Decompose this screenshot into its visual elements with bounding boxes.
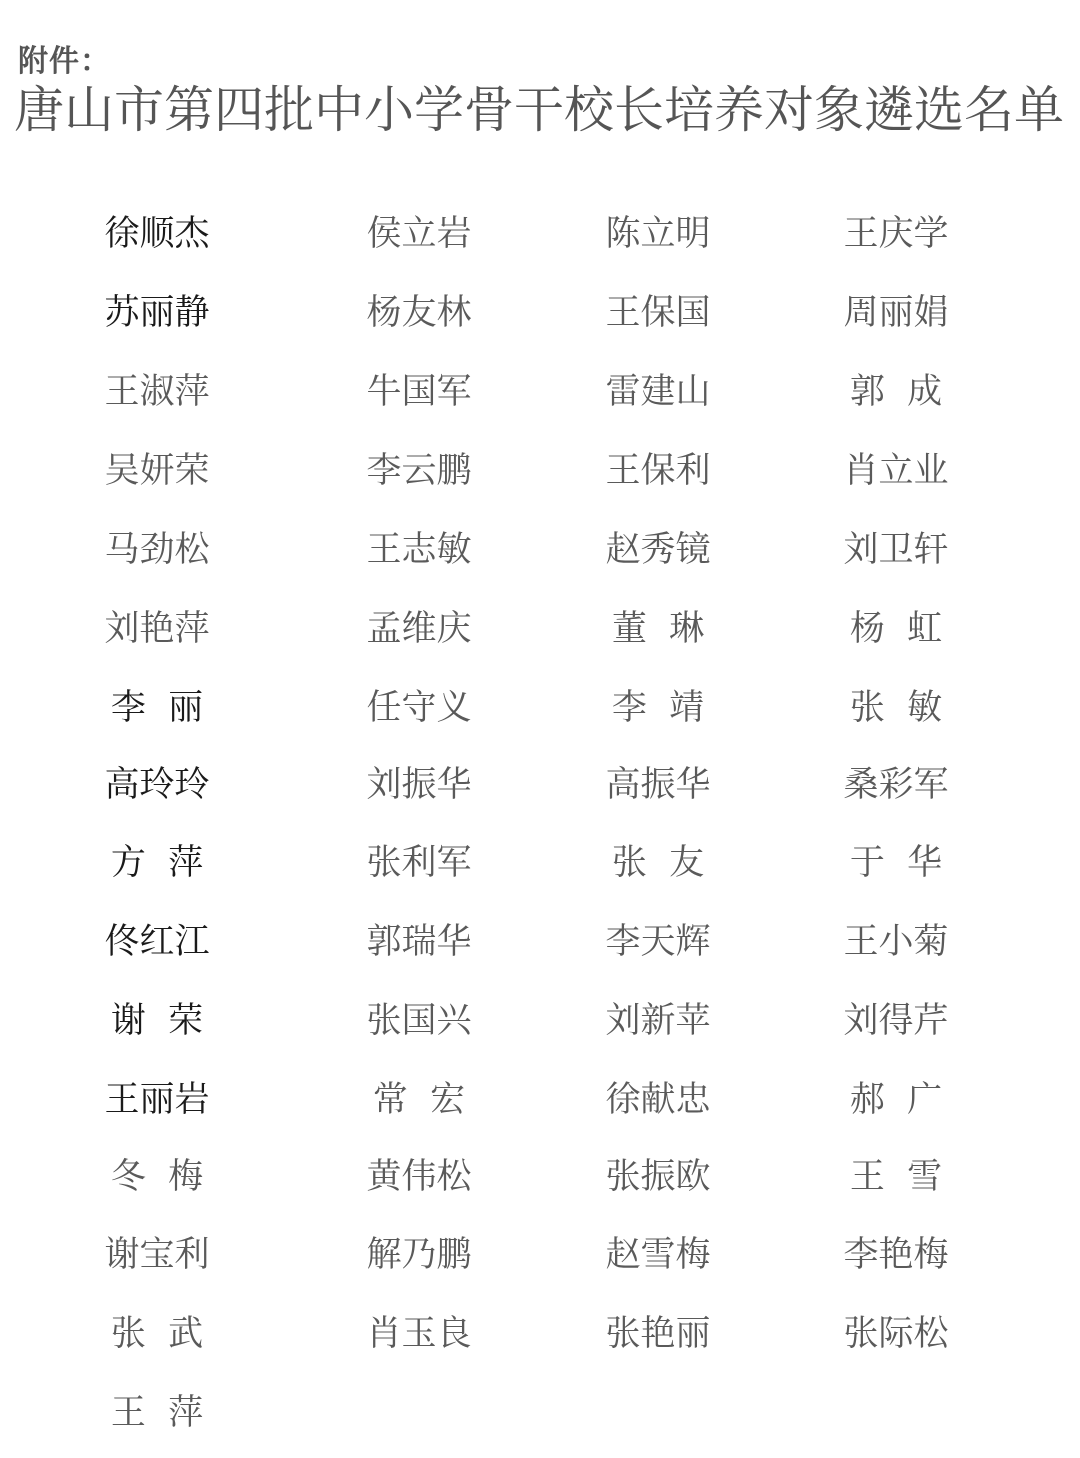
name-entry: 杨 虹 [816,604,976,654]
name-entry: 张 武 [77,1309,237,1359]
name-entry: 苏丽静 [77,288,237,338]
name-entry: 李 靖 [578,683,738,733]
name-entry: 任守义 [339,683,499,733]
name-entry: 李天辉 [578,917,738,967]
name-entry: 佟红江 [77,917,237,967]
name-entry: 于 华 [816,838,976,888]
name-entry: 王 萍 [77,1388,237,1438]
name-entry: 李艳梅 [816,1230,976,1280]
name-entry: 刘得芹 [816,996,976,1046]
name-entry: 肖玉良 [339,1309,499,1359]
name-entry: 王淑萍 [77,367,237,417]
name-entry: 王保国 [578,288,738,338]
name-entry: 谢 荣 [77,996,237,1046]
name-entry: 陈立明 [578,209,738,259]
name-entry: 张 友 [578,838,738,888]
name-entry: 张艳丽 [578,1309,738,1359]
name-entry: 肖立业 [816,446,976,496]
name-entry: 赵雪梅 [578,1230,738,1280]
name-entry: 赵秀镜 [578,525,738,575]
name-entry: 周丽娟 [816,288,976,338]
name-entry: 郝 广 [816,1075,976,1125]
name-entry: 李云鹏 [339,446,499,496]
name-entry: 王小菊 [816,917,976,967]
name-entry: 王保利 [578,446,738,496]
name-entry: 高振华 [578,760,738,810]
name-entry: 郭瑞华 [339,917,499,967]
name-entry: 刘振华 [339,760,499,810]
name-entry: 刘新苹 [578,996,738,1046]
name-entry: 张国兴 [339,996,499,1046]
name-entry: 雷建山 [578,367,738,417]
name-entry: 王丽岩 [77,1075,237,1125]
name-entry: 谢宝利 [77,1230,237,1280]
name-entry: 徐献忠 [578,1075,738,1125]
name-entry: 桑彩军 [816,760,976,810]
name-entry: 吴妍荣 [77,446,237,496]
name-entry: 刘卫轩 [816,525,976,575]
name-entry: 王志敏 [339,525,499,575]
name-entry: 郭 成 [816,367,976,417]
name-entry: 方 萍 [77,838,237,888]
name-entry: 张 敏 [816,683,976,733]
name-entry: 冬 梅 [77,1152,237,1202]
name-entry: 刘艳萍 [77,604,237,654]
name-entry: 张振欧 [578,1152,738,1202]
name-entry: 黄伟松 [339,1152,499,1202]
name-entry: 董 琳 [578,604,738,654]
name-entry: 侯立岩 [339,209,499,259]
name-entry: 孟维庆 [339,604,499,654]
name-entry: 王庆学 [816,209,976,259]
name-entry: 杨友林 [339,288,499,338]
name-entry: 常 宏 [339,1075,499,1125]
name-entry: 牛国军 [339,367,499,417]
name-entry: 张际松 [816,1309,976,1359]
name-entry: 王 雪 [816,1152,976,1202]
name-entry: 张利军 [339,838,499,888]
name-list-grid: 徐顺杰侯立岩陈立明王庆学苏丽静杨友林王保国周丽娟王淑萍牛国军雷建山郭 成吴妍荣李… [0,0,1080,1458]
name-entry: 徐顺杰 [77,209,237,259]
name-entry: 解乃鹏 [339,1230,499,1280]
name-entry: 高玲玲 [77,760,237,810]
name-entry: 李 丽 [77,683,237,733]
name-entry: 马劲松 [77,525,237,575]
